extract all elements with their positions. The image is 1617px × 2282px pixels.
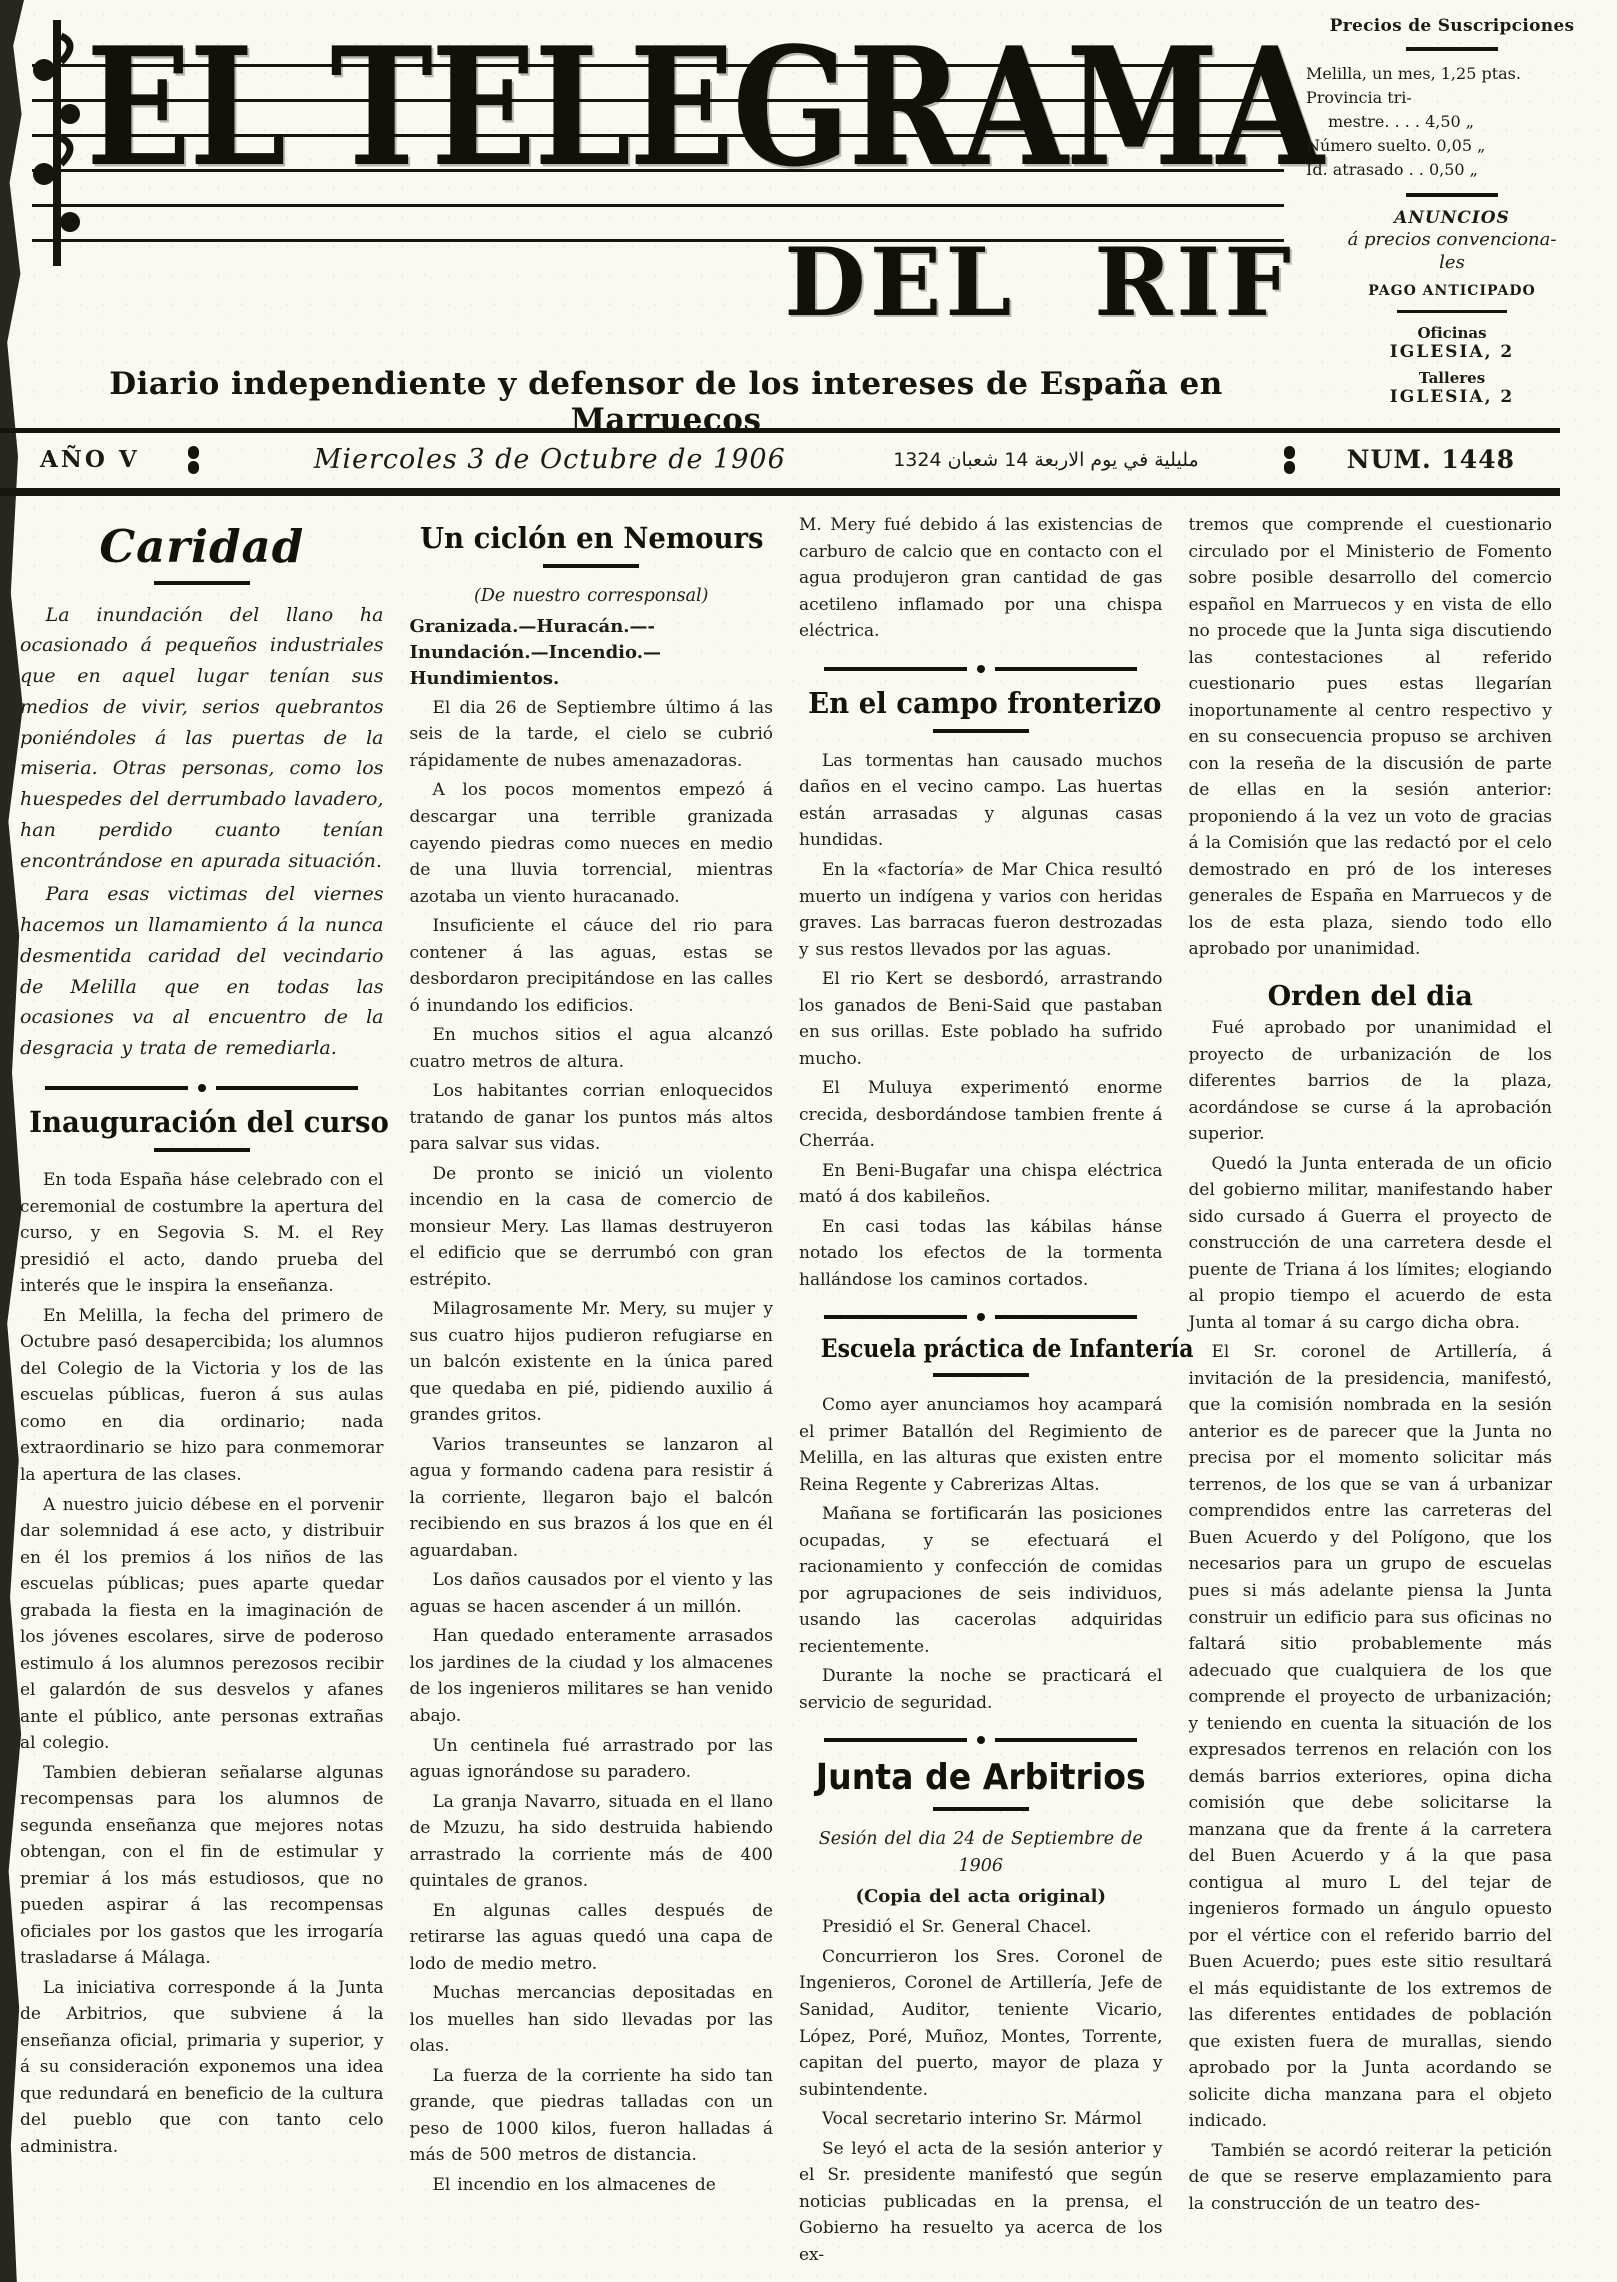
paragraph: Quedó la Junta enterada de un oficio del…: [1189, 1151, 1553, 1337]
price-list: Melilla, un mes, 1,25 ptas. Provincia tr…: [1302, 62, 1602, 182]
divider-dot: [198, 1084, 206, 1092]
paragraph: (De nuestro corresponsal): [410, 583, 774, 610]
issue-number: NUM. 1448: [1347, 445, 1515, 474]
anuncios-title: ANUNCIOS: [1302, 208, 1602, 228]
divider-line: [995, 1315, 1137, 1319]
column-1: CaridadLa inundación del llano ha ocasio…: [20, 512, 384, 2282]
divider-dot: [977, 1313, 985, 1321]
paragraph: También se acordó reiterar la petición d…: [1189, 2138, 1553, 2218]
divider-line: [824, 1738, 966, 1742]
paragraph: Como ayer anunciamos hoy acampará el pri…: [799, 1392, 1163, 1498]
section-divider: [824, 1313, 1137, 1321]
paragraph: Durante la noche se practicará el servic…: [799, 1663, 1163, 1716]
section-divider: [824, 1736, 1137, 1744]
hourglass-ornament-icon: [188, 446, 199, 474]
article-heading: Escuela práctica de Infantería: [821, 1335, 1141, 1364]
talleres-label: Talleres: [1302, 369, 1602, 387]
heading-rule: [543, 564, 639, 568]
paragraph: Granizada.—Huracán.—-Inundación.—Incendi…: [410, 614, 774, 692]
price-line: Provincia tri-: [1306, 86, 1602, 110]
article-heading: Orden del dia: [1189, 981, 1553, 1013]
paragraph: En la «factoría» de Mar Chica resultó mu…: [799, 857, 1163, 963]
hourglass-ornament-icon: [1284, 446, 1295, 474]
paragraph: La iniciativa corresponde á la Junta de …: [20, 1975, 384, 2161]
paragraph: El Muluya experimentó enorme crecida, de…: [799, 1075, 1163, 1155]
divider-line: [995, 667, 1137, 671]
talleres-address: IGLESIA, 2: [1302, 387, 1602, 407]
paragraph: A nuestro juicio débese en el porvenir d…: [20, 1492, 384, 1757]
paragraph: Mañana se fortificarán las posiciones oc…: [799, 1501, 1163, 1660]
paragraph: Han quedado enteramente arrasados los ja…: [410, 1623, 774, 1729]
divider-line: [995, 1738, 1137, 1742]
year-label: AÑO V: [40, 446, 140, 473]
divider: [1406, 193, 1498, 197]
paragraph: Se leyó el acta de la sesión anterior y …: [799, 2136, 1163, 2269]
paragraph: El Sr. coronel de Artillería, á invitaci…: [1189, 1339, 1553, 2134]
article-heading: Un ciclón en Nemours: [419, 522, 764, 555]
column-3: M. Mery fué debido á las existencias de …: [799, 512, 1163, 2282]
paragraph: Presidió el Sr. General Chacel.: [799, 1914, 1163, 1941]
paragraph: Varios transeuntes se lanzaron al agua y…: [410, 1432, 774, 1565]
oficinas-address: IGLESIA, 2: [1302, 342, 1602, 362]
paragraph: Los habitantes corrian enloquecidos trat…: [410, 1078, 774, 1158]
newspaper-title: EL TELEGRAMA: [86, 26, 1291, 189]
paragraph: (Copia del acta original): [799, 1883, 1163, 1911]
paragraph: tremos que comprende el cuestionario cir…: [1189, 512, 1553, 963]
paragraph: En casi todas las kábilas hánse notado l…: [799, 1214, 1163, 1294]
heading-rule: [154, 581, 250, 585]
divider-line: [45, 1086, 187, 1090]
heading-rule: [933, 729, 1029, 733]
musical-clef-ornament: [26, 18, 88, 268]
heading-rule: [933, 1807, 1029, 1811]
paragraph: El incendio en los almacenes de: [410, 2172, 774, 2199]
divider-dot: [977, 665, 985, 673]
paragraph: Vocal secretario interino Sr. Mármol: [799, 2106, 1163, 2133]
price-line: Melilla, un mes, 1,25 ptas.: [1306, 62, 1602, 86]
prices-title: Precios de Suscripciones: [1302, 16, 1602, 36]
paragraph: Muchas mercancias depositadas en los mue…: [410, 1980, 774, 2060]
paragraph: En toda España háse celebrado con el cer…: [20, 1167, 384, 1300]
divider: [1406, 47, 1498, 51]
subscription-prices-box: Precios de Suscripciones Melilla, un mes…: [1302, 16, 1602, 407]
paragraph: Fué aprobado por unanimidad el proyecto …: [1189, 1015, 1553, 1148]
article-heading: Caridad: [20, 522, 384, 572]
paragraph: Concurrieron los Sres. Coronel de Ingeni…: [799, 1944, 1163, 2103]
article-heading: En el campo fronterizo: [808, 687, 1153, 720]
heading-rule: [933, 1373, 1029, 1377]
section-divider: [824, 665, 1137, 673]
paragraph: Las tormentas han causado muchos daños e…: [799, 748, 1163, 854]
newspaper-title-line2: DEL RIF: [784, 236, 1295, 330]
article-columns: CaridadLa inundación del llano ha ocasio…: [20, 512, 1552, 2282]
paragraph: En Melilla, la fecha del primero de Octu…: [20, 1303, 384, 1489]
date-hijri-arabic: مليلية في يوم الاربعة 14 شعبان 1324: [893, 449, 1198, 471]
anuncios-line: les: [1302, 251, 1602, 274]
paragraph: Un centinela fué arrastrado por las agua…: [410, 1733, 774, 1786]
price-line: Id. atrasado . . 0,50 „: [1306, 158, 1602, 182]
paragraph: A los pocos momentos empezó á descargar …: [410, 777, 774, 910]
paragraph: De pronto se inició un violento incendio…: [410, 1161, 774, 1294]
date-gregorian: Miercoles 3 de Octubre de 1906: [314, 444, 786, 475]
paragraph: La inundación del llano ha ocasionado á …: [20, 600, 384, 877]
paragraph: M. Mery fué debido á las existencias de …: [799, 512, 1163, 645]
paragraph: El dia 26 de Septiembre último á las sei…: [410, 695, 774, 775]
divider: [1397, 310, 1507, 313]
paragraph: La granja Navarro, situada en el llano d…: [410, 1789, 774, 1895]
paragraph: Los daños causados por el viento y las a…: [410, 1567, 774, 1620]
paragraph: Sesión del dia 24 de Septiembre de 1906: [799, 1826, 1163, 1881]
divider-line: [824, 667, 966, 671]
article-heading: Inauguración del curso: [29, 1106, 374, 1139]
paragraph: Milagrosamente Mr. Mery, su mujer y sus …: [410, 1296, 774, 1429]
dateline-bar: AÑO V Miercoles 3 de Octubre de 1906 ملي…: [0, 428, 1560, 496]
divider-dot: [977, 1736, 985, 1744]
paragraph: En Beni-Bugafar una chispa eléctrica mat…: [799, 1158, 1163, 1211]
section-divider: [45, 1084, 358, 1092]
price-line: Número suelto. 0,05 „: [1306, 134, 1602, 158]
column-4: tremos que comprende el cuestionario cir…: [1189, 512, 1553, 2282]
paragraph: En muchos sitios el agua alcanzó cuatro …: [410, 1022, 774, 1075]
oficinas-label: Oficinas: [1302, 324, 1602, 342]
paragraph: El rio Kert se desbordó, arrastrando los…: [799, 966, 1163, 1072]
divider-line: [824, 1315, 966, 1319]
article-heading: Junta de Arbitrios: [814, 1758, 1148, 1798]
paragraph: La fuerza de la corriente ha sido tan gr…: [410, 2063, 774, 2169]
newspaper-page: EL TELEGRAMA DEL RIF Diario independient…: [0, 0, 1617, 2282]
heading-rule: [154, 1148, 250, 1152]
paragraph: En algunas calles después de retirarse l…: [410, 1898, 774, 1978]
anuncios-line: á precios convenciona-: [1302, 228, 1602, 251]
divider-line: [216, 1086, 358, 1090]
price-line: mestre. . . . 4,50 „: [1306, 110, 1602, 134]
column-2: Un ciclón en Nemours(De nuestro correspo…: [410, 512, 774, 2282]
pago-anticipado-label: PAGO ANTICIPADO: [1302, 283, 1602, 299]
paragraph: Insuficiente el cáuce del rio para conte…: [410, 913, 774, 1019]
paragraph: Para esas victimas del viernes hacemos u…: [20, 879, 384, 1064]
paragraph: Tambien debieran señalarse algunas recom…: [20, 1760, 384, 1972]
